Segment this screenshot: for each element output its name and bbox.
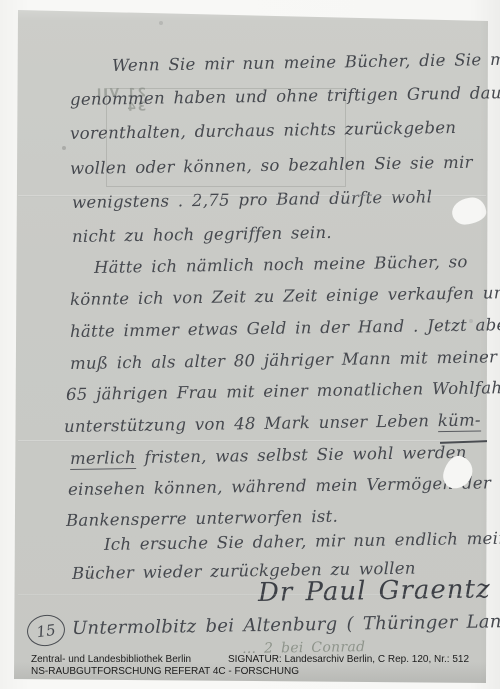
footer-library-name: Zentral- und Landesbibliothek Berlin <box>31 654 191 665</box>
underlined-word: küm- <box>438 410 481 432</box>
footer-archive-signature: SIGNATUR: Landesarchiv Berlin, C Rep. 12… <box>228 654 469 665</box>
paper-specks <box>0 0 2 2</box>
footer-department: NS-RAUBGUTFORSCHUNG REFERAT 4C - FORSCHU… <box>31 666 299 677</box>
underlined-word: merlich <box>70 448 136 470</box>
scanned-letter-page: 21 VII 34 Wenn Sie mir nun meine Bücher,… <box>0 0 500 689</box>
fold-crease <box>18 594 486 596</box>
postal-zone-number: 15 <box>35 620 56 640</box>
fold-crease <box>18 195 486 197</box>
fold-crease <box>18 440 486 442</box>
signature: Dr Paul Graentz . <box>258 574 500 608</box>
